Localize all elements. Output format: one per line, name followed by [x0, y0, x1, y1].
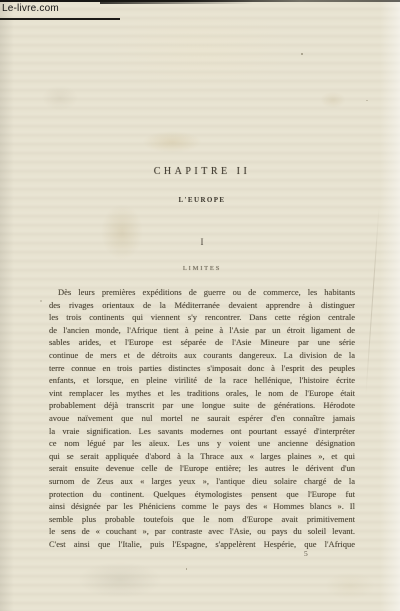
body-line: terre connue en trois parties distinctes…: [49, 362, 355, 375]
body-line: enfants, et lorsque, en pleine virilité …: [49, 374, 355, 387]
body-line: protection du continent. Quelques étymol…: [49, 488, 355, 501]
scan-top-edge-shadow: [100, 0, 270, 4]
body-line: avoue naïvement que nul mortel ne saurai…: [49, 412, 355, 425]
body-line: sables arides, et l'Europe est séparée d…: [49, 336, 355, 349]
chapter-title: CHAPITRE II: [49, 166, 355, 177]
chapter-subtitle: L'EUROPE: [49, 196, 355, 204]
signature-mark: 5: [304, 549, 308, 558]
body-line: qui se serait appliquée d'abord à la Thr…: [49, 450, 355, 463]
paper-speck: [301, 53, 303, 55]
watermark-label: Le-livre.com: [2, 3, 59, 14]
paper-speck: [40, 300, 42, 302]
body-line: des rivages orientaux de la Méditerranée…: [49, 299, 355, 312]
book-page-scan: Le-livre.com CHAPITRE II L'EUROPE I LIMI…: [0, 0, 400, 611]
body-line: semble plus probable toutefois que le no…: [49, 513, 355, 526]
section-number: I: [49, 237, 355, 247]
body-line: vint remplacer les mythes et les traditi…: [49, 387, 355, 400]
paper-speck: [186, 568, 187, 570]
body-line: de l'ancien monde, l'Afrique tient à pei…: [49, 324, 355, 337]
body-line: ainsi désignée par les Phéniciens comme …: [49, 500, 355, 513]
body-line: les trois continents qui viennent s'y re…: [49, 311, 355, 324]
section-subtitle: LIMITES: [49, 265, 355, 272]
body-line: continue de mers et de détroits aux cour…: [49, 349, 355, 362]
paper-crease: [365, 205, 379, 395]
body-line: surnom de Zeus aux « larges yeux », l'an…: [49, 475, 355, 488]
body-line: C'est ainsi que l'Italie, puis l'Espagne…: [49, 538, 355, 551]
watermark: Le-livre.com: [0, 0, 120, 20]
body-line: probablement déjà transcrit par une long…: [49, 399, 355, 412]
body-line: ce nom légué par les aïeux. Les uns y vo…: [49, 437, 355, 450]
paper-speck: [366, 100, 368, 101]
body-line: serait ensuite devenue celle de l'Europe…: [49, 462, 355, 475]
body-line: la vraie signification. Les savants mode…: [49, 425, 355, 438]
body-text: Dès leurs premières expéditions de guerr…: [49, 286, 355, 550]
body-line: le sens de « couchant », par contraste a…: [49, 525, 355, 538]
body-line: Dès leurs premières expéditions de guerr…: [49, 286, 355, 299]
